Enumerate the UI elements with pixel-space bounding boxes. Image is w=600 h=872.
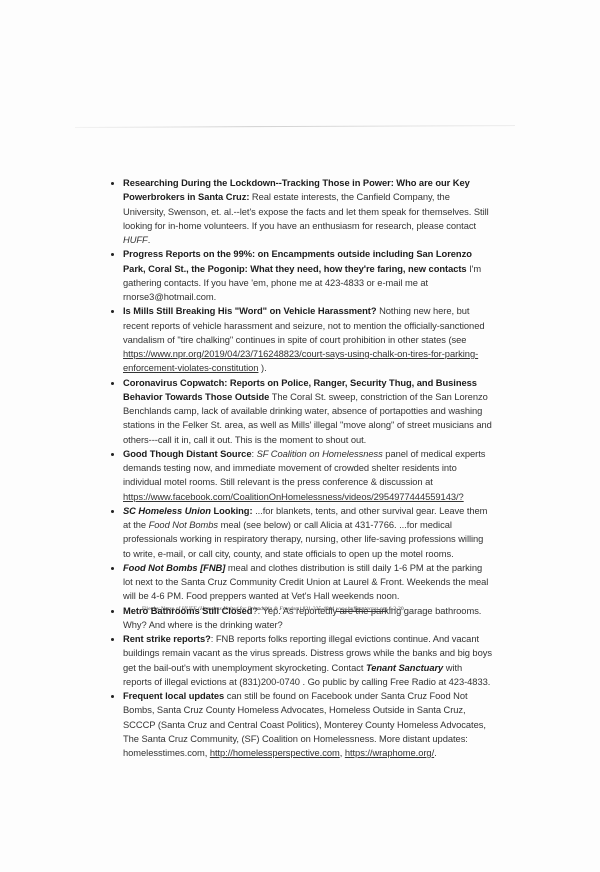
tenant-sanctuary-name: Tenant Sanctuary bbox=[366, 663, 443, 673]
footer-prefix: Flier by Norse of bbox=[142, 606, 182, 612]
list-item-homeless-union: SC Homeless Union Looking: ...for blanke… bbox=[108, 504, 492, 561]
list-item-progress-reports: Progress Reports on the 99%: on Encampme… bbox=[108, 247, 492, 304]
item-end: ). bbox=[258, 363, 266, 373]
sf-coalition-name: SF Coalition on Homelessness bbox=[257, 449, 383, 459]
bullet-list: Researching During the Lockdown--Trackin… bbox=[108, 176, 492, 760]
item-heading: Progress Reports on the 99%: on Encampme… bbox=[123, 249, 472, 273]
item-heading: Rent strike reports? bbox=[123, 634, 211, 644]
npr-link[interactable]: https://www.npr.org/2019/04/23/716248823… bbox=[123, 349, 478, 373]
item-heading: Frequent local updates bbox=[123, 691, 224, 701]
wraphome-link[interactable]: https://wraphome.org/ bbox=[345, 748, 434, 758]
item-end: . bbox=[434, 748, 437, 758]
page-fold-line bbox=[75, 125, 515, 128]
list-item-research-lockdown: Researching During the Lockdown--Trackin… bbox=[108, 176, 492, 247]
list-item-distant-source: Good Though Distant Source: SF Coalition… bbox=[108, 447, 492, 504]
facebook-video-link[interactable]: https://www.facebook.com/CoalitionOnHome… bbox=[123, 492, 464, 502]
flier-content: Researching During the Lockdown--Trackin… bbox=[108, 176, 492, 760]
scanned-page: Researching During the Lockdown--Trackin… bbox=[0, 0, 600, 872]
huff-name: HUFF bbox=[123, 235, 148, 245]
item-heading: Looking: bbox=[211, 506, 253, 516]
footer-date: 6-3-20 bbox=[387, 606, 403, 612]
item-end: . bbox=[148, 235, 151, 245]
food-not-bombs-name: Food Not Bombs bbox=[149, 520, 218, 530]
list-item-vehicle-harassment: Is Mills Still Breaking His "Word" on Ve… bbox=[108, 304, 492, 375]
footer-phone: 831-335-4844 bbox=[301, 606, 336, 612]
list-item-local-updates: Frequent local updates can still be foun… bbox=[108, 689, 492, 760]
item-heading: Good Though Distant Source bbox=[123, 449, 251, 459]
list-item-food-not-bombs: Food Not Bombs [FNB] meal and clothes di… bbox=[108, 561, 492, 604]
footer-org: HUFF (Homeless United for Friendship & F… bbox=[182, 606, 301, 612]
flier-footer: Flier by Norse of HUFF (Homeless United … bbox=[142, 606, 472, 612]
fnb-name: Food Not Bombs [FNB] bbox=[123, 563, 225, 573]
footer-website-link[interactable]: www.huffsantacruz.org bbox=[336, 606, 388, 612]
list-item-copwatch: Coronavirus Copwatch: Reports on Police,… bbox=[108, 376, 492, 447]
item-heading: Is Mills Still Breaking His "Word" on Ve… bbox=[123, 306, 377, 316]
homeless-union-name: SC Homeless Union bbox=[123, 506, 211, 516]
list-item-rent-strike: Rent strike reports?: FNB reports folks … bbox=[108, 632, 492, 689]
homelessperspective-link[interactable]: http://homelessperspective.com bbox=[210, 748, 340, 758]
